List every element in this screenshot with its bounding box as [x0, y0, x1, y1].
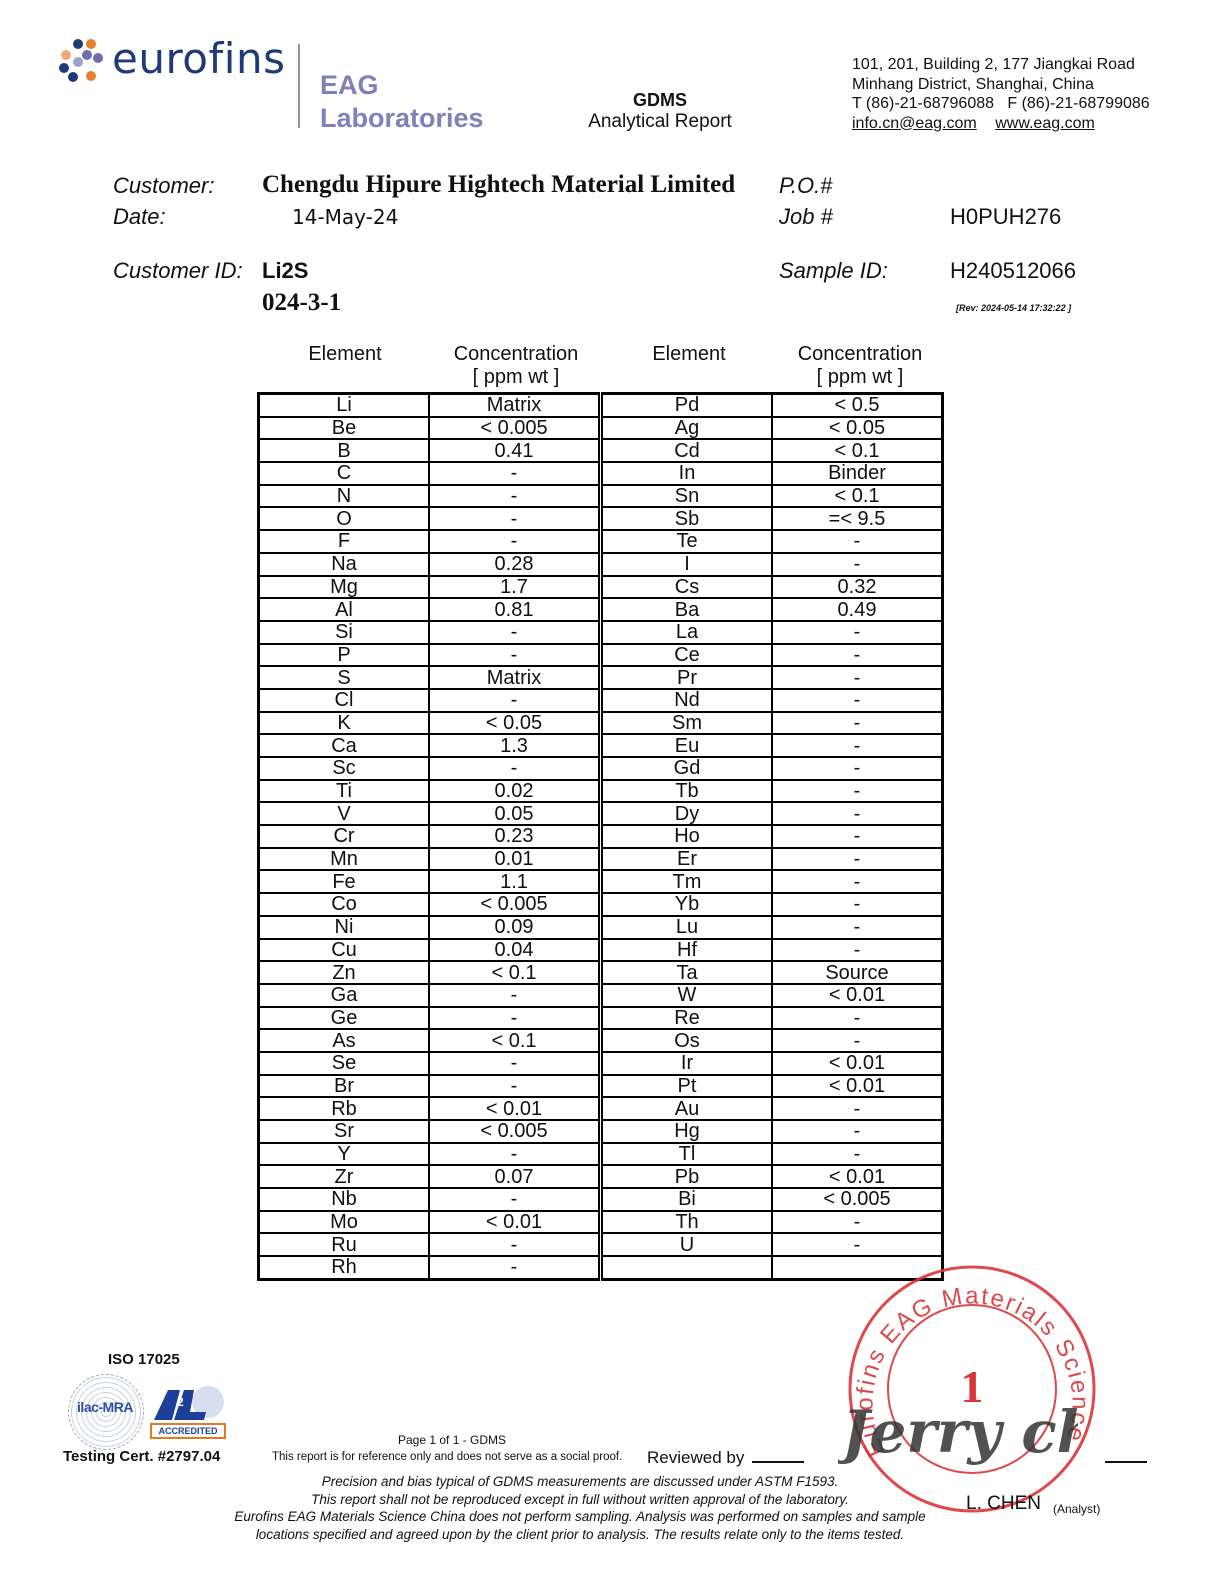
customer-id: Li2S [262, 258, 308, 284]
concentration-cell: - [429, 1143, 601, 1166]
concentration-cell: - [772, 1211, 943, 1234]
concentration-cell: - [772, 689, 943, 712]
concentration-cell: Matrix [429, 666, 601, 689]
eurofins-logo-icon [58, 38, 104, 82]
customer-id-line2: 024-3-1 [262, 289, 341, 317]
element-cell: Tm [601, 870, 773, 893]
address-line-1: 101, 201, Building 2, 177 Jiangkai Road [852, 55, 1150, 75]
page-indicator: Page 1 of 1 - GDMS [398, 1433, 506, 1447]
element-cell: Mg [259, 576, 430, 599]
table-row: Ca1.3Eu- [259, 734, 943, 757]
table-row: Se-Ir< 0.01 [259, 1052, 943, 1075]
concentration-cell: - [429, 984, 601, 1007]
element-cell: N [259, 485, 430, 508]
table-row: LiMatrixPd< 0.5 [259, 394, 943, 417]
element-cell: Ce [601, 644, 773, 667]
table-row: V0.05Dy- [259, 802, 943, 825]
element-cell: Pr [601, 666, 773, 689]
concentration-cell: - [429, 1188, 601, 1211]
concentration-cell: - [429, 644, 601, 667]
element-cell: S [259, 666, 430, 689]
concentration-cell: < 0.01 [429, 1097, 601, 1120]
analyst-signature: Jerry chen [838, 1390, 1078, 1470]
concentration-cell: < 0.01 [772, 984, 943, 1007]
table-row: K< 0.05Sm- [259, 712, 943, 735]
table-row: Mn0.01Er- [259, 848, 943, 871]
concentration-cell: - [429, 485, 601, 508]
concentration-cell: < 0.005 [429, 417, 601, 440]
element-cell: Yb [601, 893, 773, 916]
element-cell: F [259, 530, 430, 553]
concentration-cell: - [429, 1007, 601, 1030]
concentration-cell: - [429, 1256, 601, 1279]
element-cell: W [601, 984, 773, 1007]
svg-text:Jerry chen: Jerry chen [838, 1398, 1078, 1466]
element-cell: Cl [259, 689, 430, 712]
concentration-cell: - [772, 1007, 943, 1030]
element-cell: Pd [601, 394, 773, 417]
website-link[interactable]: www.eag.com [995, 115, 1095, 132]
table-row: Ge-Re- [259, 1007, 943, 1030]
table-row: Mg1.7Cs0.32 [259, 576, 943, 599]
concentration-cell: - [429, 462, 601, 485]
concentration-cell: - [772, 712, 943, 735]
concentration-cell: - [429, 1075, 601, 1098]
element-cell: K [259, 712, 430, 735]
concentration-cell: - [772, 893, 943, 916]
concentration-cell: - [772, 802, 943, 825]
concentration-cell: 0.09 [429, 916, 601, 939]
concentration-cell: < 0.01 [772, 1052, 943, 1075]
report-type: GDMS [560, 90, 760, 111]
concentration-cell: < 0.5 [772, 394, 943, 417]
element-cell: Ca [259, 734, 430, 757]
concentration-cell: < 0.05 [772, 417, 943, 440]
concentration-cell: < 0.005 [772, 1188, 943, 1211]
po-label: P.O.# [779, 173, 832, 199]
element-cell: As [259, 1029, 430, 1052]
concentration-cell: - [772, 1233, 943, 1256]
element-cell: Ga [259, 984, 430, 1007]
concentration-cell: Binder [772, 462, 943, 485]
table-row: Fe1.1Tm- [259, 870, 943, 893]
concentration-cell: - [772, 939, 943, 962]
concentration-cell: - [429, 757, 601, 780]
element-cell: Rh [259, 1256, 430, 1279]
customer-id-label: Customer ID: [113, 258, 243, 284]
element-cell: Ho [601, 825, 773, 848]
table-row: Al0.81Ba0.49 [259, 598, 943, 621]
concentration-cell: - [429, 689, 601, 712]
concentration-cell: Source [772, 961, 943, 984]
concentration-cell: < 0.1 [429, 961, 601, 984]
element-cell: Lu [601, 916, 773, 939]
testing-cert: Testing Cert. #2797.04 [63, 1448, 220, 1465]
customer-name: Chengdu Hipure Hightech Material Limited [262, 171, 735, 199]
element-cell: Nd [601, 689, 773, 712]
element-cell: Cr [259, 825, 430, 848]
element-cell: Ni [259, 916, 430, 939]
table-row: Ru-U- [259, 1233, 943, 1256]
table-row: Y-Tl- [259, 1143, 943, 1166]
element-cell: Nb [259, 1188, 430, 1211]
element-cell: Sn [601, 485, 773, 508]
table-row: Ni0.09Lu- [259, 916, 943, 939]
concentration-cell: - [429, 1233, 601, 1256]
job-number: H0PUH276 [950, 204, 1061, 230]
element-cell: Gd [601, 757, 773, 780]
concentration-cell: 0.41 [429, 439, 601, 462]
element-cell: Re [601, 1007, 773, 1030]
element-cell: Rb [259, 1097, 430, 1120]
concentration-cell: - [772, 848, 943, 871]
concentration-cell: - [772, 553, 943, 576]
table-row: Zr0.07Pb< 0.01 [259, 1165, 943, 1188]
phone-fax: T (86)-21-68796088 F (86)-21-68799086 [852, 94, 1150, 114]
element-cell: Os [601, 1029, 773, 1052]
element-cell: Te [601, 530, 773, 553]
element-cell: Sr [259, 1120, 430, 1143]
element-cell: Er [601, 848, 773, 871]
concentration-cell: - [772, 825, 943, 848]
ilac-mra-text: ilac-MRA [68, 1399, 142, 1415]
concentration-cell: - [772, 734, 943, 757]
element-cell [601, 1256, 773, 1279]
concentration-cell: 0.49 [772, 598, 943, 621]
element-cell: Y [259, 1143, 430, 1166]
concentration-cell: 0.04 [429, 939, 601, 962]
revision-stamp: [Rev: 2024-05-14 17:32:22 ] [956, 303, 1071, 313]
date-label: Date: [113, 204, 166, 230]
element-cell: I [601, 553, 773, 576]
element-cell: Ba [601, 598, 773, 621]
element-cell: Cd [601, 439, 773, 462]
element-cell: Hf [601, 939, 773, 962]
element-cell: P [259, 644, 430, 667]
element-cell: Al [259, 598, 430, 621]
element-cell: Th [601, 1211, 773, 1234]
element-cell: Ti [259, 780, 430, 803]
element-cell: V [259, 802, 430, 825]
table-row: Rh- [259, 1256, 943, 1279]
element-cell: Br [259, 1075, 430, 1098]
address-line-2: Minhang District, Shanghai, China [852, 75, 1150, 95]
concentration-cell: 0.28 [429, 553, 601, 576]
concentration-cell: - [772, 780, 943, 803]
element-cell: Sb [601, 507, 773, 530]
concentration-cell: < 0.01 [772, 1165, 943, 1188]
concentration-cell: < 0.1 [772, 439, 943, 462]
table-row: Cl-Nd- [259, 689, 943, 712]
element-cell: La [601, 621, 773, 644]
header-element-left: Element [260, 343, 430, 366]
table-row: Mo< 0.01Th- [259, 1211, 943, 1234]
table-row: Ti0.02Tb- [259, 780, 943, 803]
table-row: Sr< 0.005Hg- [259, 1120, 943, 1143]
iso-label: ISO 17025 [108, 1351, 180, 1368]
element-cell: Hg [601, 1120, 773, 1143]
analyst-signature-line [1105, 1461, 1147, 1463]
customer-label: Customer: [113, 173, 214, 199]
concentration-cell: 1.1 [429, 870, 601, 893]
eurofins-wordmark: eurofins [112, 34, 285, 83]
job-label: Job # [779, 204, 833, 230]
element-cell: Fe [259, 870, 430, 893]
email-link[interactable]: info.cn@eag.com [852, 115, 977, 132]
element-cell: Eu [601, 734, 773, 757]
concentration-cell: < 0.01 [772, 1075, 943, 1098]
element-cell: Mn [259, 848, 430, 871]
element-cell: Tl [601, 1143, 773, 1166]
table-row: Cu0.04Hf- [259, 939, 943, 962]
concentration-cell: < 0.05 [429, 712, 601, 735]
table-row: F-Te- [259, 530, 943, 553]
header-concentration-left: Concentration [ ppm wt ] [430, 343, 602, 389]
concentration-cell: Matrix [429, 394, 601, 417]
table-row: Rb< 0.01Au- [259, 1097, 943, 1120]
table-row: Si-La- [259, 621, 943, 644]
concentration-cell: - [772, 530, 943, 553]
element-cell: Mo [259, 1211, 430, 1234]
element-cell: C [259, 462, 430, 485]
element-cell: Ag [601, 417, 773, 440]
concentration-cell: < 0.1 [429, 1029, 601, 1052]
table-row: Br-Pt< 0.01 [259, 1075, 943, 1098]
element-cell: Dy [601, 802, 773, 825]
svg-text:2: 2 [177, 1395, 184, 1409]
date-value: 14-May-24 [292, 205, 398, 229]
table-row: Be< 0.005Ag< 0.05 [259, 417, 943, 440]
concentration-cell: 1.7 [429, 576, 601, 599]
concentration-cell: - [429, 507, 601, 530]
concentration-cell: 1.3 [429, 734, 601, 757]
table-row: SMatrixPr- [259, 666, 943, 689]
logo-divider [298, 44, 300, 128]
table-row: Co< 0.005Yb- [259, 893, 943, 916]
element-cell: Na [259, 553, 430, 576]
concentration-cell: =< 9.5 [772, 507, 943, 530]
element-cell: Zr [259, 1165, 430, 1188]
table-row: O-Sb=< 9.5 [259, 507, 943, 530]
concentration-cell: < 0.1 [772, 485, 943, 508]
table-row: C-InBinder [259, 462, 943, 485]
concentration-cell: 0.01 [429, 848, 601, 871]
concentration-cell: - [772, 1120, 943, 1143]
concentration-cell: < 0.005 [429, 1120, 601, 1143]
element-cell: Co [259, 893, 430, 916]
header-element-right: Element [604, 343, 774, 366]
element-cell: Cs [601, 576, 773, 599]
table-row: Na0.28I- [259, 553, 943, 576]
element-cell: Pb [601, 1165, 773, 1188]
concentration-cell: - [772, 1029, 943, 1052]
element-cell: O [259, 507, 430, 530]
table-row: As< 0.1Os- [259, 1029, 943, 1052]
analyst-role: (Analyst) [1053, 1502, 1100, 1516]
table-row: Sc-Gd- [259, 757, 943, 780]
concentration-cell: 0.07 [429, 1165, 601, 1188]
table-row: Ga-W< 0.01 [259, 984, 943, 1007]
element-cell: Sc [259, 757, 430, 780]
concentration-cell: - [772, 644, 943, 667]
concentration-cell: 0.02 [429, 780, 601, 803]
report-subtitle: Analytical Report [560, 111, 760, 133]
element-cell: Be [259, 417, 430, 440]
concentration-cell: - [772, 1143, 943, 1166]
header-concentration-right: Concentration [ ppm wt ] [774, 343, 946, 389]
concentration-cell: - [772, 1097, 943, 1120]
a2la-logo-icon: 2 [150, 1386, 224, 1422]
concentration-cell: - [429, 621, 601, 644]
concentration-cell: - [772, 621, 943, 644]
element-cell: Ir [601, 1052, 773, 1075]
element-cell: Cu [259, 939, 430, 962]
element-cell: Zn [259, 961, 430, 984]
concentration-cell: - [429, 530, 601, 553]
sample-id-label: Sample ID: [779, 258, 888, 284]
concentration-cell: - [772, 916, 943, 939]
element-cell: Ge [259, 1007, 430, 1030]
concentration-cell: - [772, 757, 943, 780]
element-cell: B [259, 439, 430, 462]
concentration-cell: < 0.01 [429, 1211, 601, 1234]
concentration-cell: 0.23 [429, 825, 601, 848]
concentration-cell: - [772, 666, 943, 689]
reviewed-by-label: Reviewed by [647, 1448, 744, 1468]
element-cell: U [601, 1233, 773, 1256]
table-row: B0.41Cd< 0.1 [259, 439, 943, 462]
concentration-cell: - [772, 870, 943, 893]
element-cell: Pt [601, 1075, 773, 1098]
concentration-cell: 0.32 [772, 576, 943, 599]
division-subname: Laboratories [320, 103, 484, 134]
element-cell: Ru [259, 1233, 430, 1256]
element-cell: Bi [601, 1188, 773, 1211]
table-row: N-Sn< 0.1 [259, 485, 943, 508]
element-cell: Au [601, 1097, 773, 1120]
accredited-badge: ACCREDITED [150, 1423, 226, 1439]
disclaimer: Precision and bias typical of GDMS measu… [210, 1473, 950, 1543]
concentration-cell: < 0.005 [429, 893, 601, 916]
reviewer-signature-line [752, 1461, 804, 1463]
element-cell: Se [259, 1052, 430, 1075]
table-row: Nb-Bi< 0.005 [259, 1188, 943, 1211]
reference-note: This report is for reference only and do… [272, 1451, 622, 1463]
element-cell: Si [259, 621, 430, 644]
element-cell: Li [259, 394, 430, 417]
table-row: Zn< 0.1TaSource [259, 961, 943, 984]
element-cell: Sm [601, 712, 773, 735]
element-cell: Tb [601, 780, 773, 803]
concentration-cell: 0.81 [429, 598, 601, 621]
table-row: Cr0.23Ho- [259, 825, 943, 848]
concentration-table: LiMatrixPd< 0.5Be< 0.005Ag< 0.05B0.41Cd<… [257, 392, 944, 1281]
division-name: EAG [320, 70, 379, 101]
element-cell: Ta [601, 961, 773, 984]
lab-address: 101, 201, Building 2, 177 Jiangkai Road … [852, 55, 1150, 133]
table-row: P-Ce- [259, 644, 943, 667]
concentration-cell: - [429, 1052, 601, 1075]
sample-id: H240512066 [950, 258, 1076, 284]
analyst-name: L. CHEN [966, 1493, 1041, 1515]
element-cell: In [601, 462, 773, 485]
concentration-cell: 0.05 [429, 802, 601, 825]
